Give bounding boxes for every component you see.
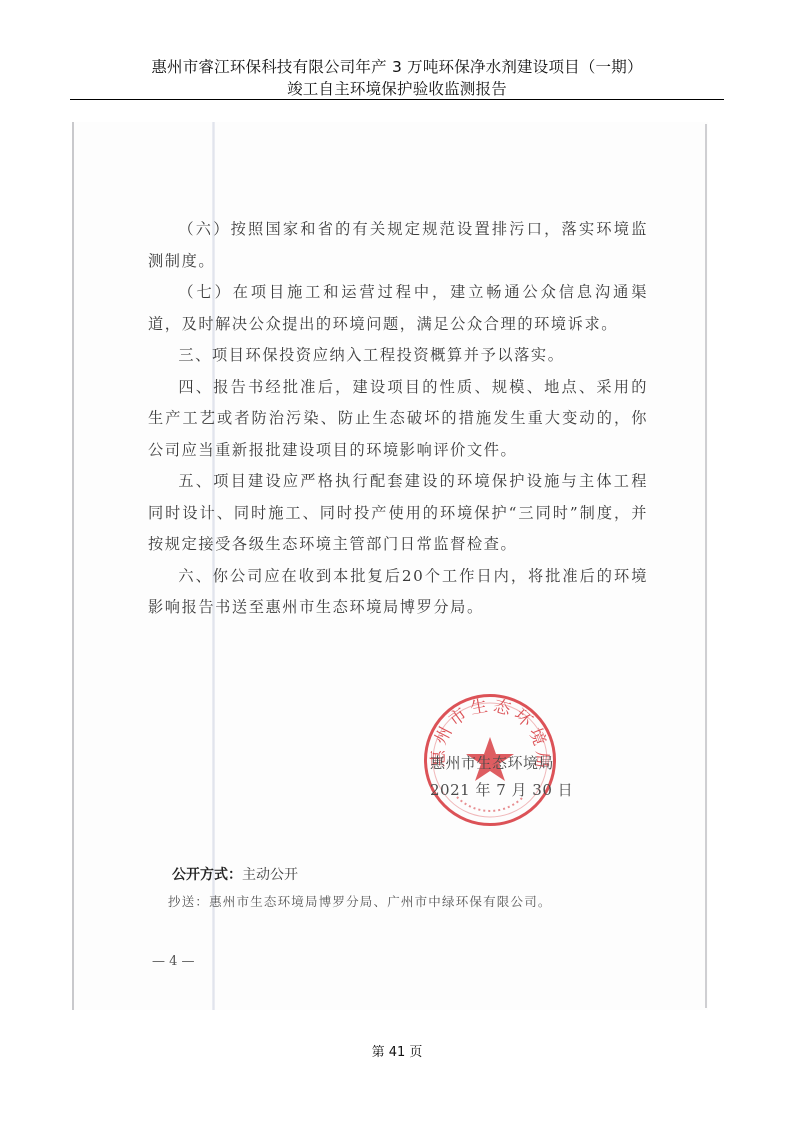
paragraph-section-3: 三、项目环保投资应纳入工程投资概算并予以落实。	[148, 340, 648, 372]
disclosure-value: 主动公开	[242, 867, 298, 883]
paragraph-section-4: 四、报告书经批准后，建设项目的性质、规模、地点、采用的生产工艺或者防治污染、防止…	[148, 372, 648, 467]
issue-date: 2021 年 7 月 30 日	[430, 777, 600, 804]
disclosure-label: 公开方式：	[172, 867, 242, 883]
header-divider	[70, 99, 724, 100]
original-page-number: — 4 —	[152, 954, 195, 969]
signature-block: 惠州市生态环境局 2021 年 7 月 30 日	[430, 750, 600, 804]
scan-right-edge	[705, 124, 707, 1008]
page-number: 第 41 页	[372, 1045, 423, 1060]
paragraph-section-5: 五、项目建设应严格执行配套建设的环境保护设施与主体工程同时设计、同时施工、同时投…	[148, 466, 648, 561]
approval-body-text: （六）按照国家和省的有关规定规范设置排污口，落实环境监测制度。 （七）在项目施工…	[148, 214, 648, 624]
scan-left-edge	[72, 122, 74, 1010]
report-title-line-2: 竣工自主环境保护验收监测报告	[70, 78, 724, 100]
report-title: 惠州市睿江环保科技有限公司年产 3 万吨环保净水剂建设项目（一期） 竣工自主环境…	[70, 56, 724, 100]
paragraph-item-7: （七）在项目施工和运营过程中，建立畅通公众信息沟通渠道，及时解决公众提出的环境问…	[148, 277, 648, 340]
cc-recipients: 抄送：惠州市生态环境局博罗分局、广州市中绿环保有限公司。	[168, 892, 552, 910]
page-footer: 第 41 页	[0, 1041, 794, 1060]
paragraph-section-6: 六、你公司应在收到本批复后20个工作日内，将批准后的环境影响报告书送至惠州市生态…	[148, 561, 648, 624]
disclosure-method: 公开方式：主动公开	[172, 864, 298, 884]
issuer-name: 惠州市生态环境局	[430, 750, 600, 777]
paragraph-item-6: （六）按照国家和省的有关规定规范设置排污口，落实环境监测制度。	[148, 214, 648, 277]
report-title-line-1: 惠州市睿江环保科技有限公司年产 3 万吨环保净水剂建设项目（一期）	[70, 56, 724, 78]
